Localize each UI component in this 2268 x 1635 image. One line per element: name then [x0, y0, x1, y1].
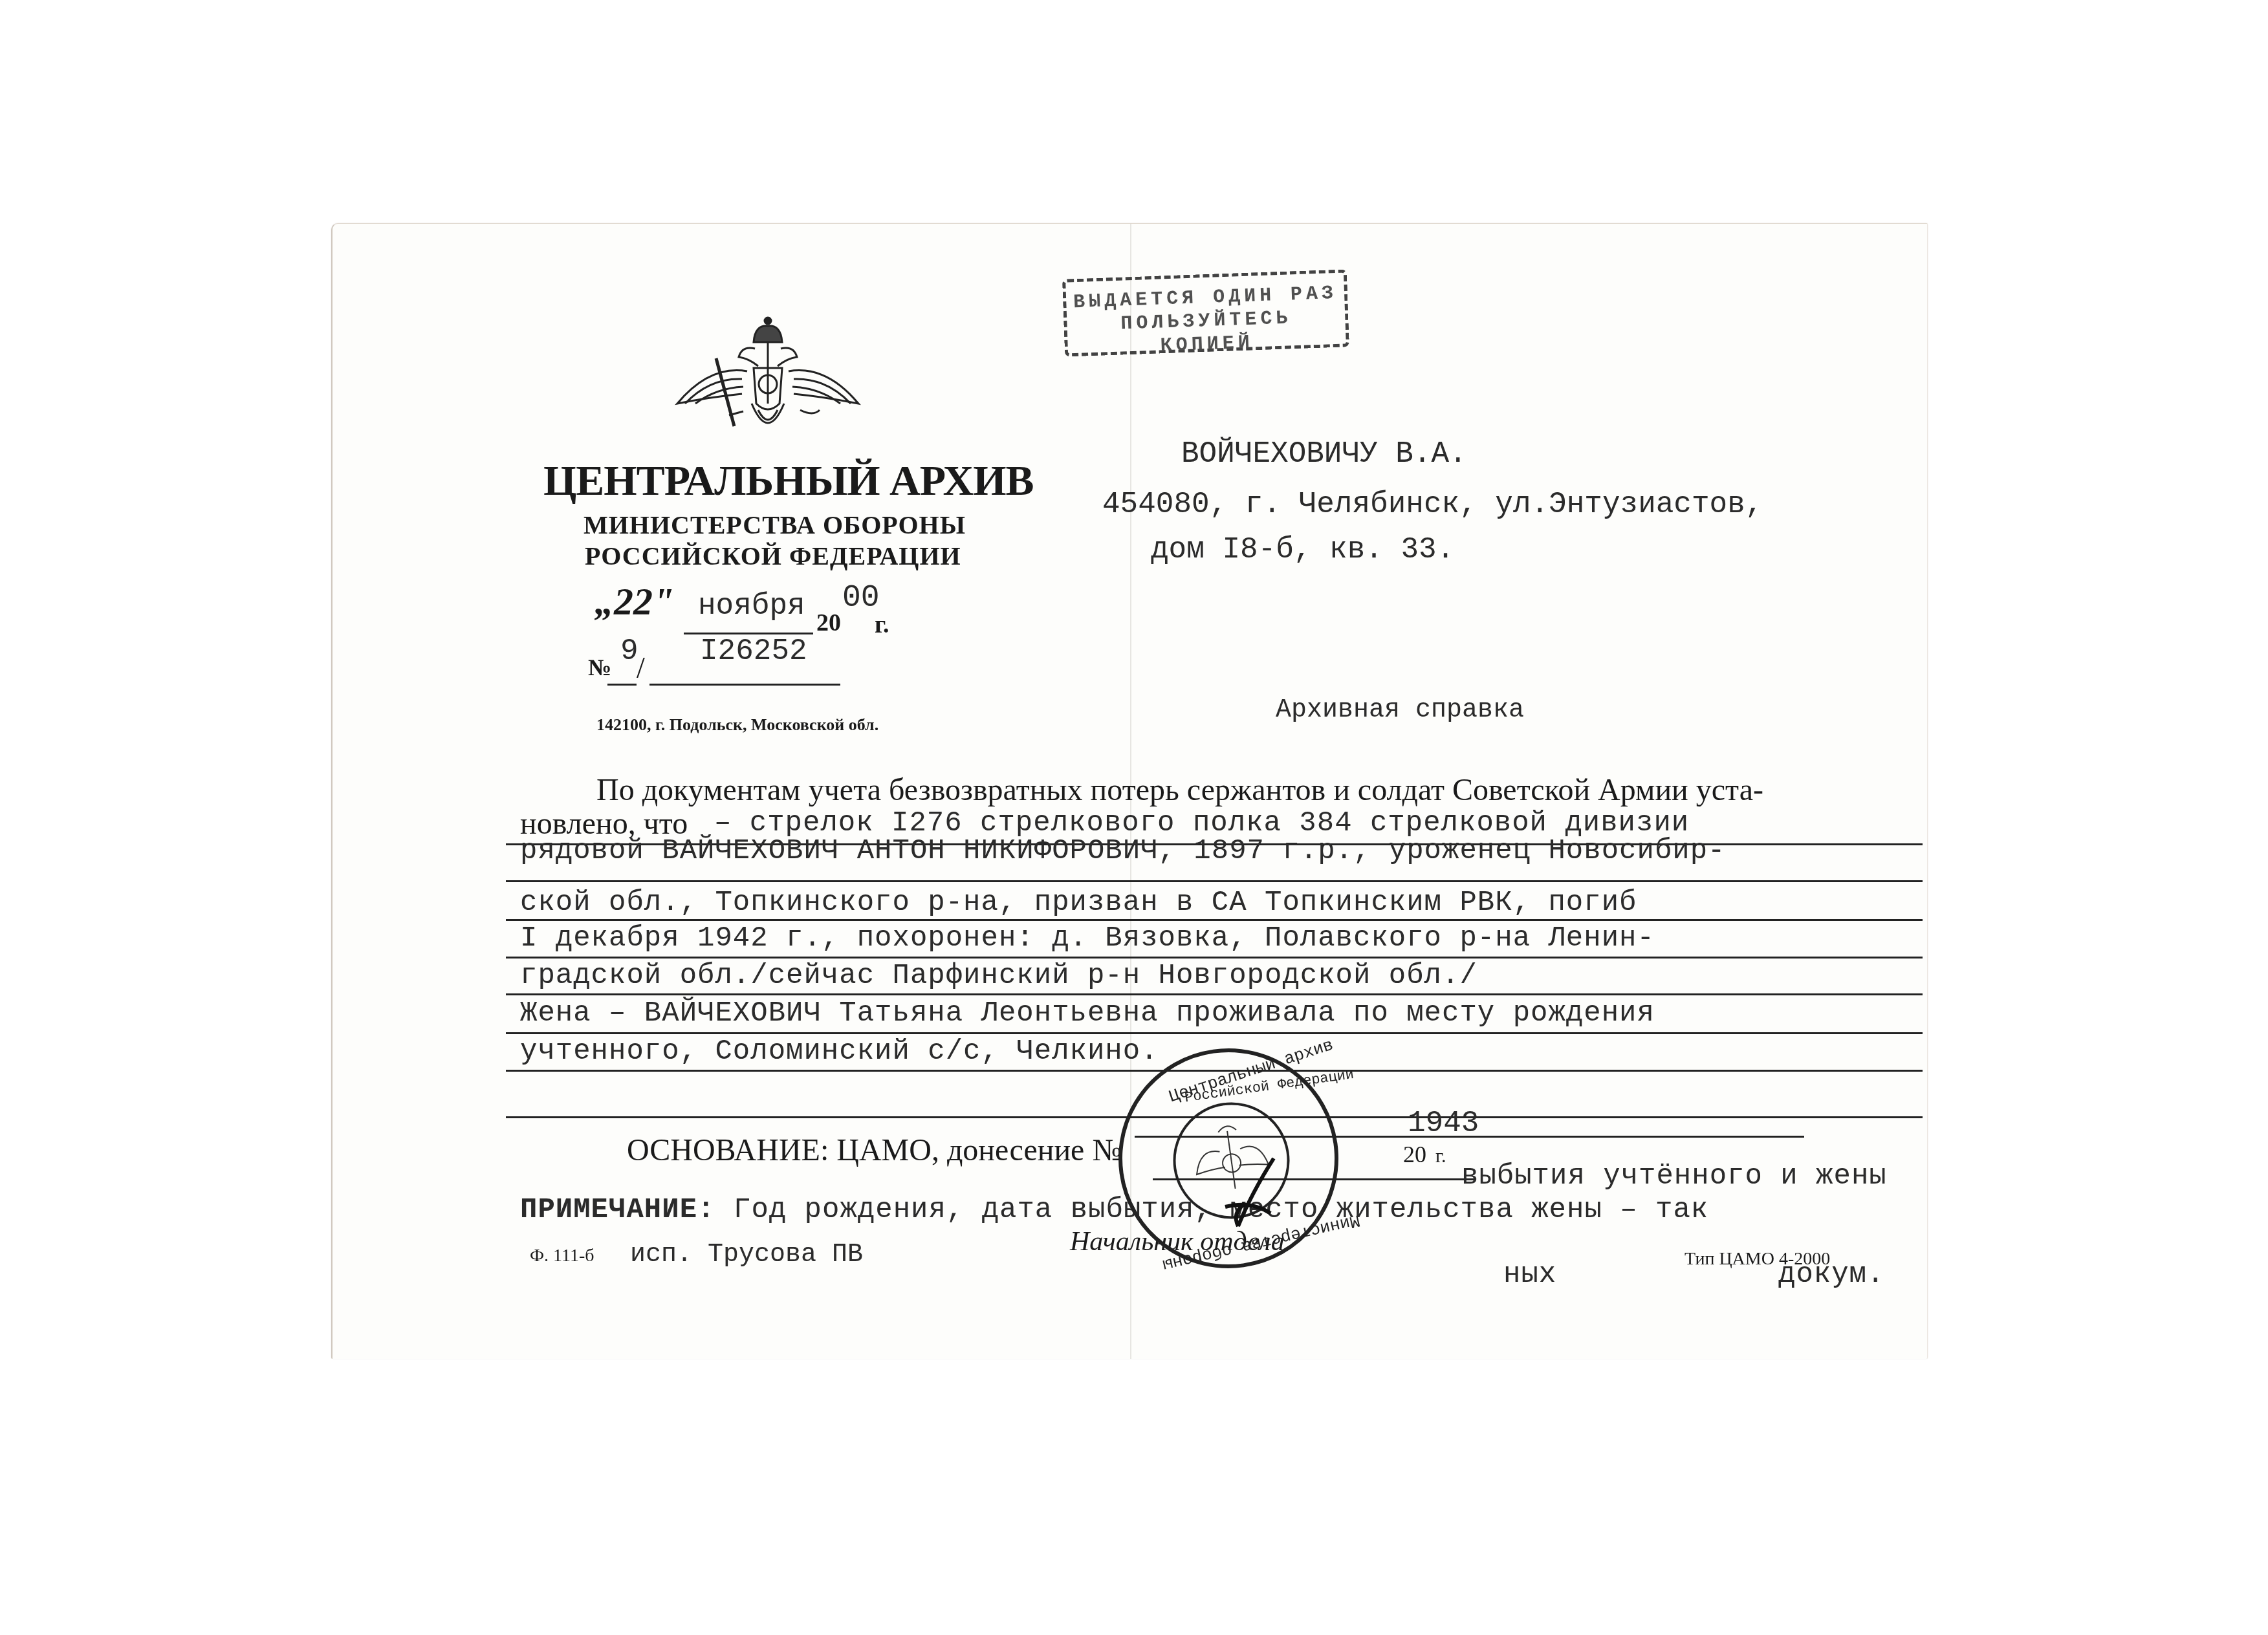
number-value: I26252	[700, 634, 807, 668]
stamp-line-2: ПОЛЬЗУЙТЕСЬ КОПИЕЙ	[1067, 305, 1346, 361]
form-code: Ф. 111-б	[530, 1246, 594, 1266]
basis-year-prefix: 20	[1403, 1141, 1426, 1168]
number-prefix: 9	[620, 634, 638, 668]
org-address: 142100, г. Подольск, Московской обл.	[596, 715, 878, 735]
form-line	[506, 880, 1923, 882]
note-label: ПРИМЕЧАНИЕ:	[520, 1194, 715, 1226]
org-ministry: МИНИСТЕРСТВА ОБОРОНЫ	[583, 510, 966, 540]
body-typed-line: I декабря 1942 г., похоронен: д. Вязовка…	[520, 922, 1655, 955]
document-title: Архивная справка	[1276, 696, 1524, 725]
recipient-address-line-1: 454080, г. Челябинск, ул.Энтузиастов,	[1102, 488, 1763, 521]
form-line	[506, 1032, 1923, 1034]
body-typed-line: рядовой ВАЙЧЕХОВИЧ АНТОН НИКИФОРОВИЧ, 18…	[520, 835, 1726, 867]
number-label: №	[588, 654, 611, 681]
body-intro-line-1: По документам учета безвозвратных потерь…	[596, 772, 1763, 808]
form-line	[506, 919, 1923, 921]
print-code: Тип ЦАМО 4-2000	[1685, 1249, 1830, 1270]
form-line	[506, 993, 1923, 995]
number-underline	[649, 684, 840, 686]
org-name: ЦЕНТРАЛЬНЫЙ АРХИВ	[543, 457, 1034, 506]
issued-once-stamp: ВЫДАЕТСЯ ОДИН РАЗ ПОЛЬЗУЙТЕСЬ КОПИЕЙ	[1062, 269, 1349, 356]
date-year-prefix: 20	[816, 609, 841, 637]
body-typed-line: ской обл., Топкинского р-на, призван в С…	[520, 887, 1637, 919]
date-year-suffix: 00	[842, 581, 880, 616]
note-line-0-suffix: выбытия учтённого и жены	[1461, 1160, 1887, 1193]
body-typed-line: градской обл./сейчас Парфинский р-н Новг…	[520, 960, 1477, 992]
form-line	[506, 957, 1923, 958]
recipient-name: ВОЙЧЕХОВИЧУ В.А.	[1181, 437, 1467, 471]
date-day: „22"	[594, 579, 674, 624]
date-month: ноября	[698, 589, 805, 623]
note-line-2-left: ных	[1503, 1259, 1556, 1291]
basis-year-unit: г.	[1435, 1145, 1446, 1167]
archive-certificate-paper: ЦЕНТРАЛЬНЫЙ АРХИВ МИНИСТЕРСТВА ОБОРОНЫ Р…	[331, 223, 1928, 1359]
ministry-eagle-emblem-icon	[671, 307, 865, 449]
number-prefix-underline	[607, 684, 637, 686]
date-day-value: 22	[614, 580, 653, 623]
number-slash: /	[637, 651, 645, 685]
executor: исп. Трусова ПВ	[630, 1240, 863, 1270]
org-country: РОССИЙСКОЙ ФЕДЕРАЦИИ	[585, 541, 961, 571]
recipient-address-line-2: дом I8-б, кв. 33.	[1151, 533, 1454, 567]
signature-mark-icon	[1212, 1155, 1290, 1233]
body-typed-line: Жена – ВАЙЧЕХОВИЧ Татьяна Леонтьевна про…	[520, 997, 1655, 1030]
basis-label: ОСНОВАНИЕ: ЦАМО, донесение №	[627, 1132, 1122, 1168]
body-typed-line: учтенного, Соломинский с/с, Челкино.	[520, 1035, 1159, 1068]
date-year-unit: г.	[875, 611, 889, 639]
